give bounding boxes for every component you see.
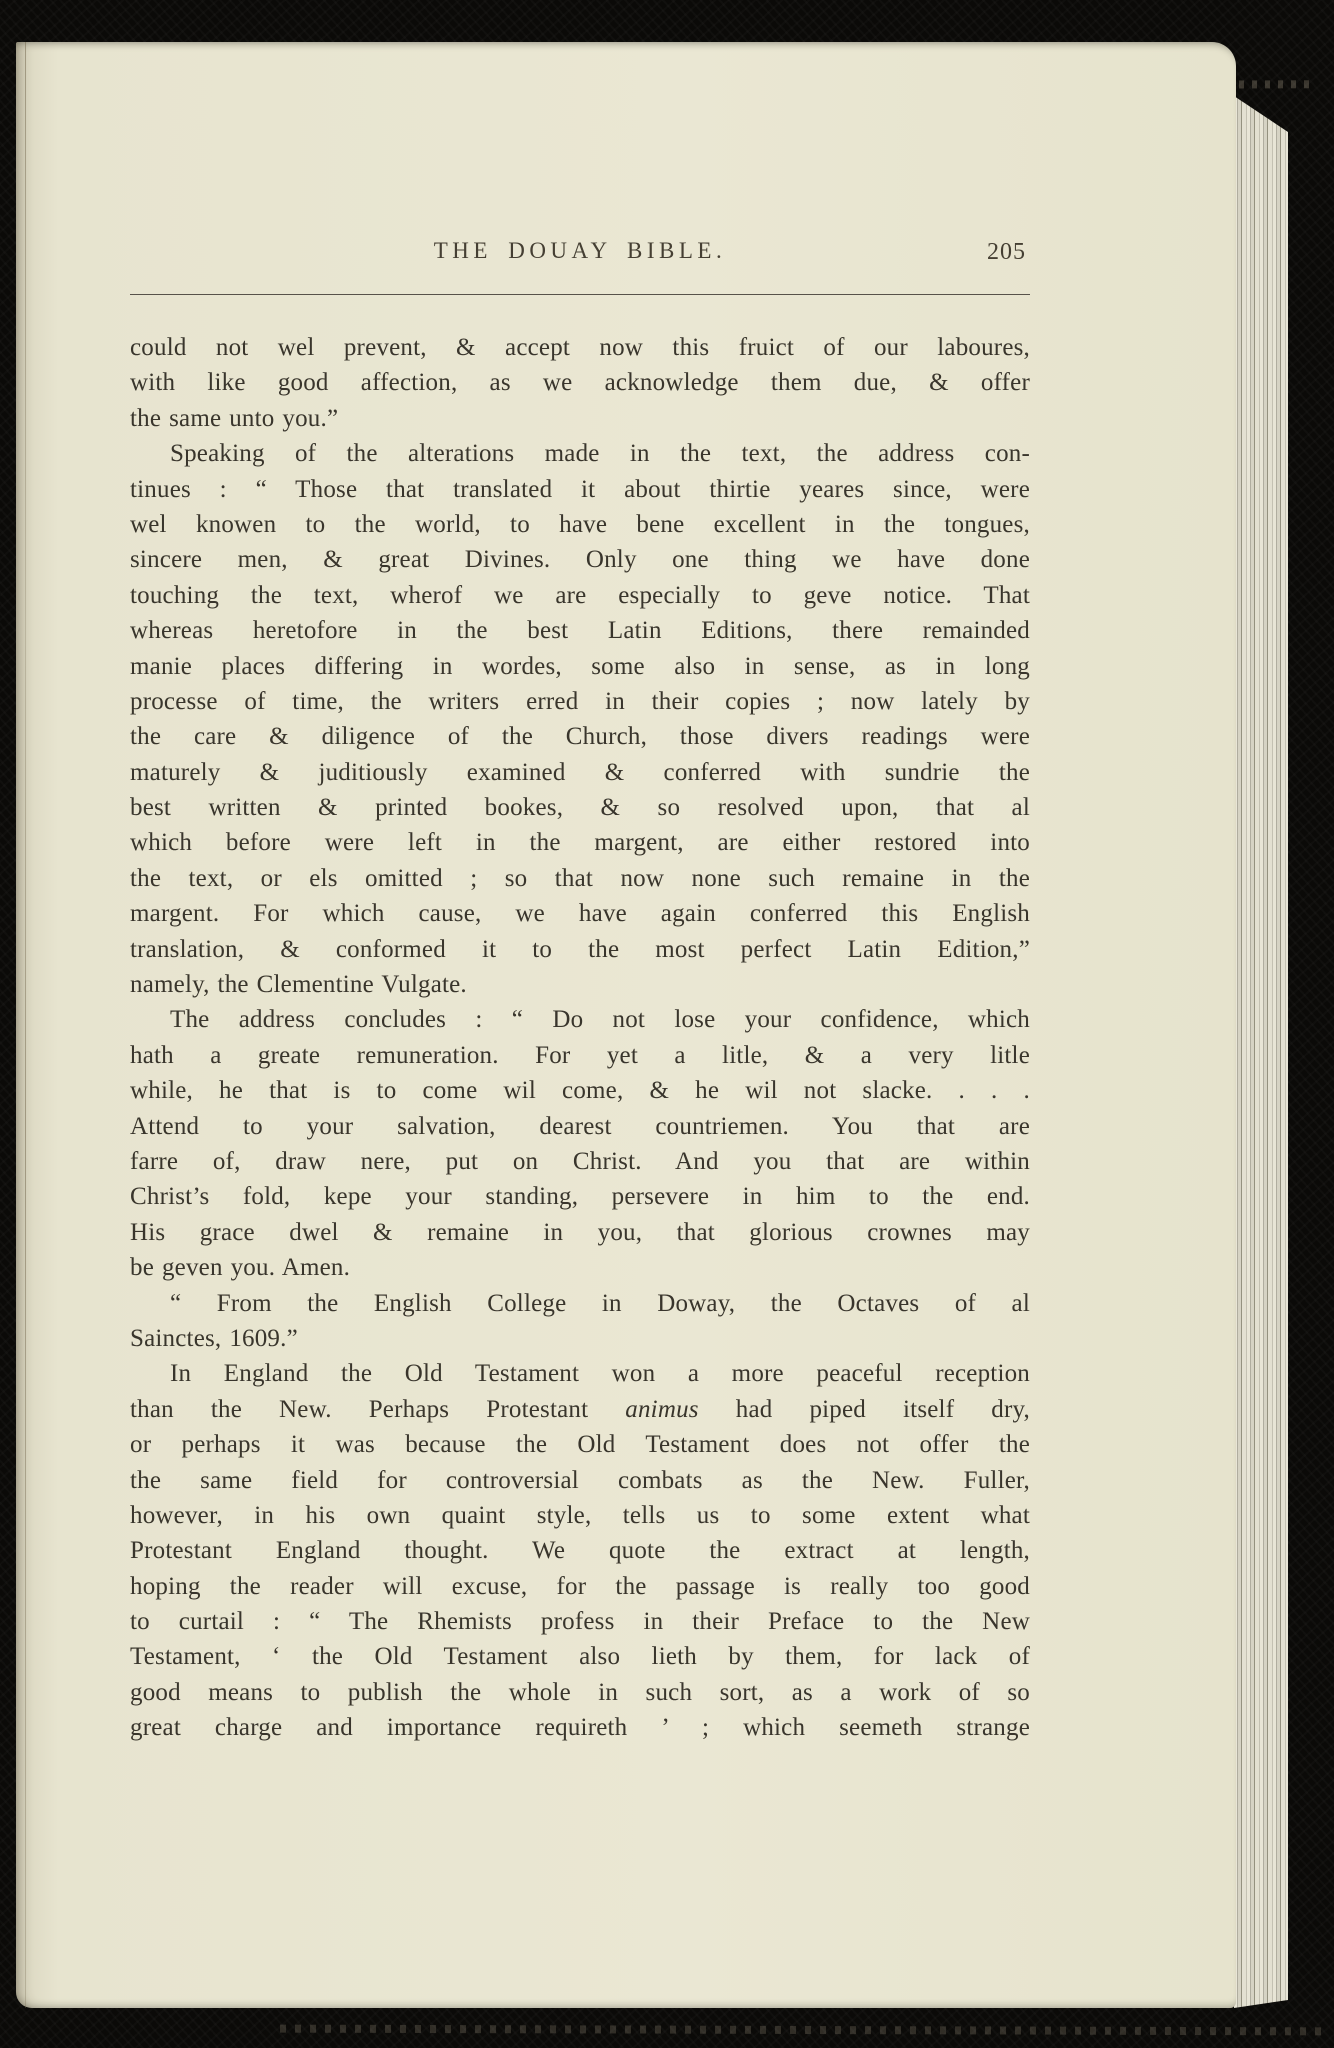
- text-line: however, in his own quaint style, tells …: [130, 1498, 1030, 1533]
- page-number: 205: [987, 239, 1026, 266]
- text-line: Attend to your salvation, dearest countr…: [130, 1109, 1030, 1144]
- text-line: Protestant England thought. We quote the…: [130, 1533, 1030, 1568]
- text-line: with like good affection, as we acknowle…: [130, 365, 1030, 400]
- text-line: the same field for controversial combats…: [130, 1463, 1030, 1498]
- text-line: tinues : “ Those that translated it abou…: [130, 472, 1030, 507]
- text-line: processe of time, the writers erred in t…: [130, 684, 1030, 719]
- text-line: while, he that is to come wil come, & he…: [130, 1073, 1030, 1108]
- text-line: or perhaps it was because the Old Testam…: [130, 1427, 1030, 1462]
- text-line: wel knowen to the world, to have bene ex…: [130, 507, 1030, 542]
- body-text: could not wel prevent, & accept now this…: [130, 330, 1030, 1746]
- text-line: the text, or els omitted ; so that now n…: [130, 861, 1030, 896]
- text-line: namely, the Clementine Vulgate.: [130, 967, 1030, 1002]
- running-head: THE DOUAY BIBLE. 205: [130, 238, 1030, 268]
- text-line: good means to publish the whole in such …: [130, 1675, 1030, 1710]
- running-title: THE DOUAY BIBLE.: [434, 238, 726, 263]
- text-line: than the New. Perhaps Protestant animus …: [130, 1392, 1030, 1427]
- text-line: Sainctes, 1609.”: [130, 1321, 1030, 1356]
- text-line: translation, & conformed it to the most …: [130, 932, 1030, 967]
- text-line: could not wel prevent, & accept now this…: [130, 330, 1030, 365]
- text-line: whereas heretofore in the best Latin Edi…: [130, 613, 1030, 648]
- text-line: hoping the reader will excuse, for the p…: [130, 1569, 1030, 1604]
- header-rule: [130, 294, 1030, 295]
- text-line: hath a greate remuneration. For yet a li…: [130, 1038, 1030, 1073]
- text-line: be geven you. Amen.: [130, 1250, 1030, 1285]
- text-line: margent. For which cause, we have again …: [130, 896, 1030, 931]
- text-line: His grace dwel & remaine in you, that gl…: [130, 1215, 1030, 1250]
- text-line: maturely & juditiously examined & confer…: [130, 755, 1030, 790]
- text-line: The address concludes : “ Do not lose yo…: [130, 1002, 1030, 1037]
- text-line: to curtail : “ The Rhemists profess in t…: [130, 1604, 1030, 1639]
- text-line: Christ’s fold, kepe your standing, perse…: [130, 1179, 1030, 1214]
- text-line: great charge and importance requireth ’ …: [130, 1710, 1030, 1745]
- text-line: best written & printed bookes, & so reso…: [130, 790, 1030, 825]
- text-line: touching the text, wherof we are especia…: [130, 578, 1030, 613]
- book-page: THE DOUAY BIBLE. 205 could not wel preve…: [16, 42, 1236, 2008]
- text-line: Testament, ‘ the Old Testament also liet…: [130, 1639, 1030, 1674]
- text-line: “ From the English College in Doway, the…: [130, 1286, 1030, 1321]
- cover-stitch-seam-bottom: [280, 2025, 1330, 2036]
- text-line: farre of, draw nere, put on Christ. And …: [130, 1144, 1030, 1179]
- text-line: sincere men, & great Divines. Only one t…: [130, 542, 1030, 577]
- text-line: the care & diligence of the Church, thos…: [130, 719, 1030, 754]
- text-line: Speaking of the alterations made in the …: [130, 436, 1030, 471]
- text-line: manie places differing in wordes, some a…: [130, 649, 1030, 684]
- page-stack-fore-edge: [1234, 96, 1288, 2008]
- text-line: the same unto you.”: [130, 401, 1030, 436]
- book-scan: THE DOUAY BIBLE. 205 could not wel preve…: [0, 0, 1334, 2048]
- text-line: which before were left in the margent, a…: [130, 825, 1030, 860]
- text-line: In England the Old Testament won a more …: [130, 1356, 1030, 1391]
- text-measure: THE DOUAY BIBLE. 205 could not wel preve…: [130, 42, 1030, 1746]
